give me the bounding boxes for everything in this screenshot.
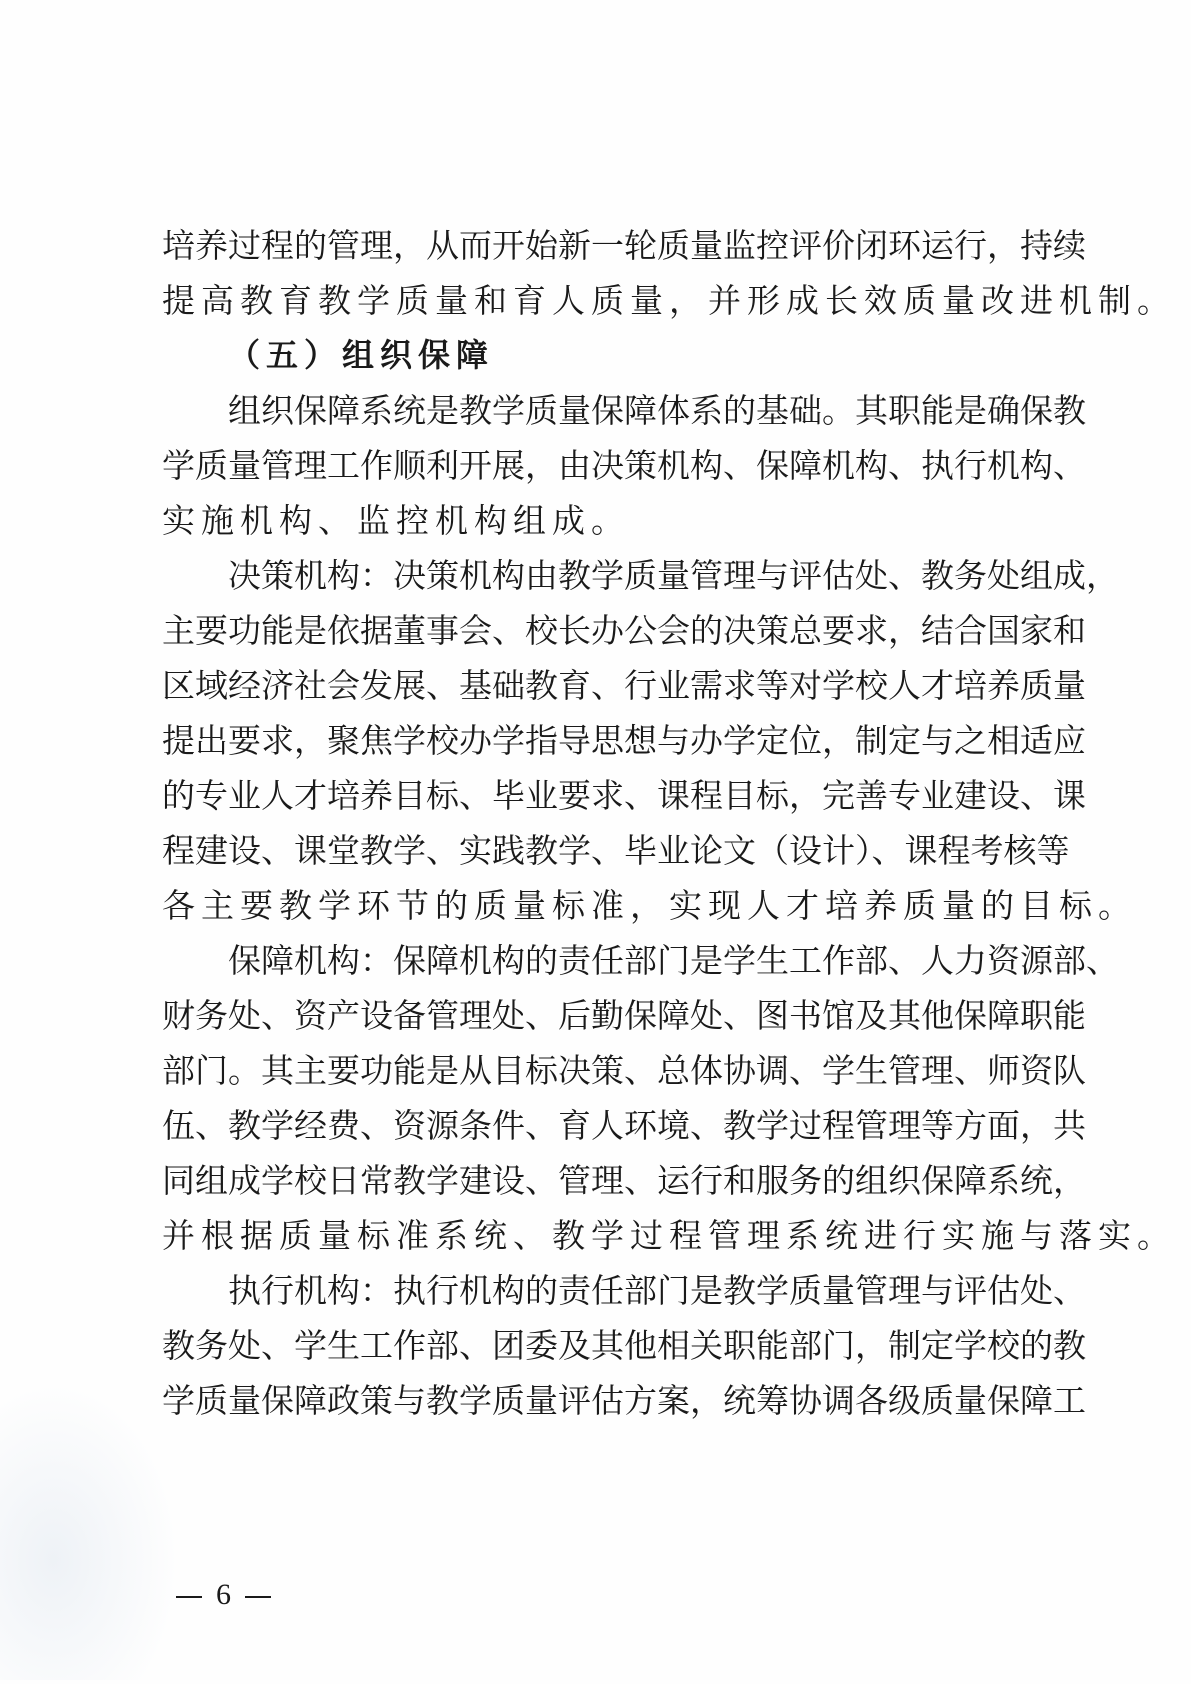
text-line: 实施机构、监控机构组成。 <box>162 493 1042 548</box>
paragraph-start: 保障机构：保障机构的责任部门是学生工作部、人力资源部、 <box>162 933 1042 988</box>
page-footer: 6 <box>162 1578 285 1612</box>
text-line: 主要功能是依据董事会、校长办公会的决策总要求，结合国家和 <box>162 603 1042 658</box>
scan-artifact <box>0 1380 180 1680</box>
text-line: 培养过程的管理，从而开始新一轮质量监控评价闭环运行，持续 <box>162 218 1042 273</box>
text-line: 学质量保障政策与教学质量评估方案，统筹协调各级质量保障工 <box>162 1373 1042 1428</box>
text-line: 财务处、资产设备管理处、后勤保障处、图书馆及其他保障职能 <box>162 988 1042 1043</box>
text-line: 教务处、学生工作部、团委及其他相关职能部门，制定学校的教 <box>162 1318 1042 1373</box>
text-line: 的专业人才培养目标、毕业要求、课程目标，完善专业建设、课 <box>162 768 1042 823</box>
section-heading: （五）组织保障 <box>162 328 1042 383</box>
text-line: 并根据质量标准系统、教学过程管理系统进行实施与落实。 <box>162 1208 1042 1263</box>
text-line: 同组成学校日常教学建设、管理、运行和服务的组织保障系统， <box>162 1153 1042 1208</box>
text-line: 提出要求，聚焦学校办学指导思想与办学定位，制定与之相适应 <box>162 713 1042 768</box>
text-line: 提高教育教学质量和育人质量，并形成长效质量改进机制。 <box>162 273 1042 328</box>
page-number: 6 <box>216 1578 231 1611</box>
text-line: 程建设、课堂教学、实践教学、毕业论文（设计）、课程考核等 <box>162 823 1042 878</box>
text-line: 伍、教学经费、资源条件、育人环境、教学过程管理等方面，共 <box>162 1098 1042 1153</box>
body-text: 培养过程的管理，从而开始新一轮质量监控评价闭环运行，持续 提高教育教学质量和育人… <box>162 218 1042 1428</box>
text-line: 各主要教学环节的质量标准，实现人才培养质量的目标。 <box>162 878 1042 933</box>
text-line: 部门。其主要功能是从目标决策、总体协调、学生管理、师资队 <box>162 1043 1042 1098</box>
paragraph-start: 执行机构：执行机构的责任部门是教学质量管理与评估处、 <box>162 1263 1042 1318</box>
paragraph-start: 组织保障系统是教学质量保障体系的基础。其职能是确保教 <box>162 383 1042 438</box>
dash-right-decoration <box>245 1596 271 1598</box>
text-line: 区域经济社会发展、基础教育、行业需求等对学校人才培养质量 <box>162 658 1042 713</box>
document-page: 培养过程的管理，从而开始新一轮质量监控评价闭环运行，持续 提高教育教学质量和育人… <box>0 0 1191 1684</box>
text-line: 学质量管理工作顺利开展，由决策机构、保障机构、执行机构、 <box>162 438 1042 493</box>
dash-left-decoration <box>176 1596 202 1598</box>
paragraph-start: 决策机构：决策机构由教学质量管理与评估处、教务处组成， <box>162 548 1042 603</box>
